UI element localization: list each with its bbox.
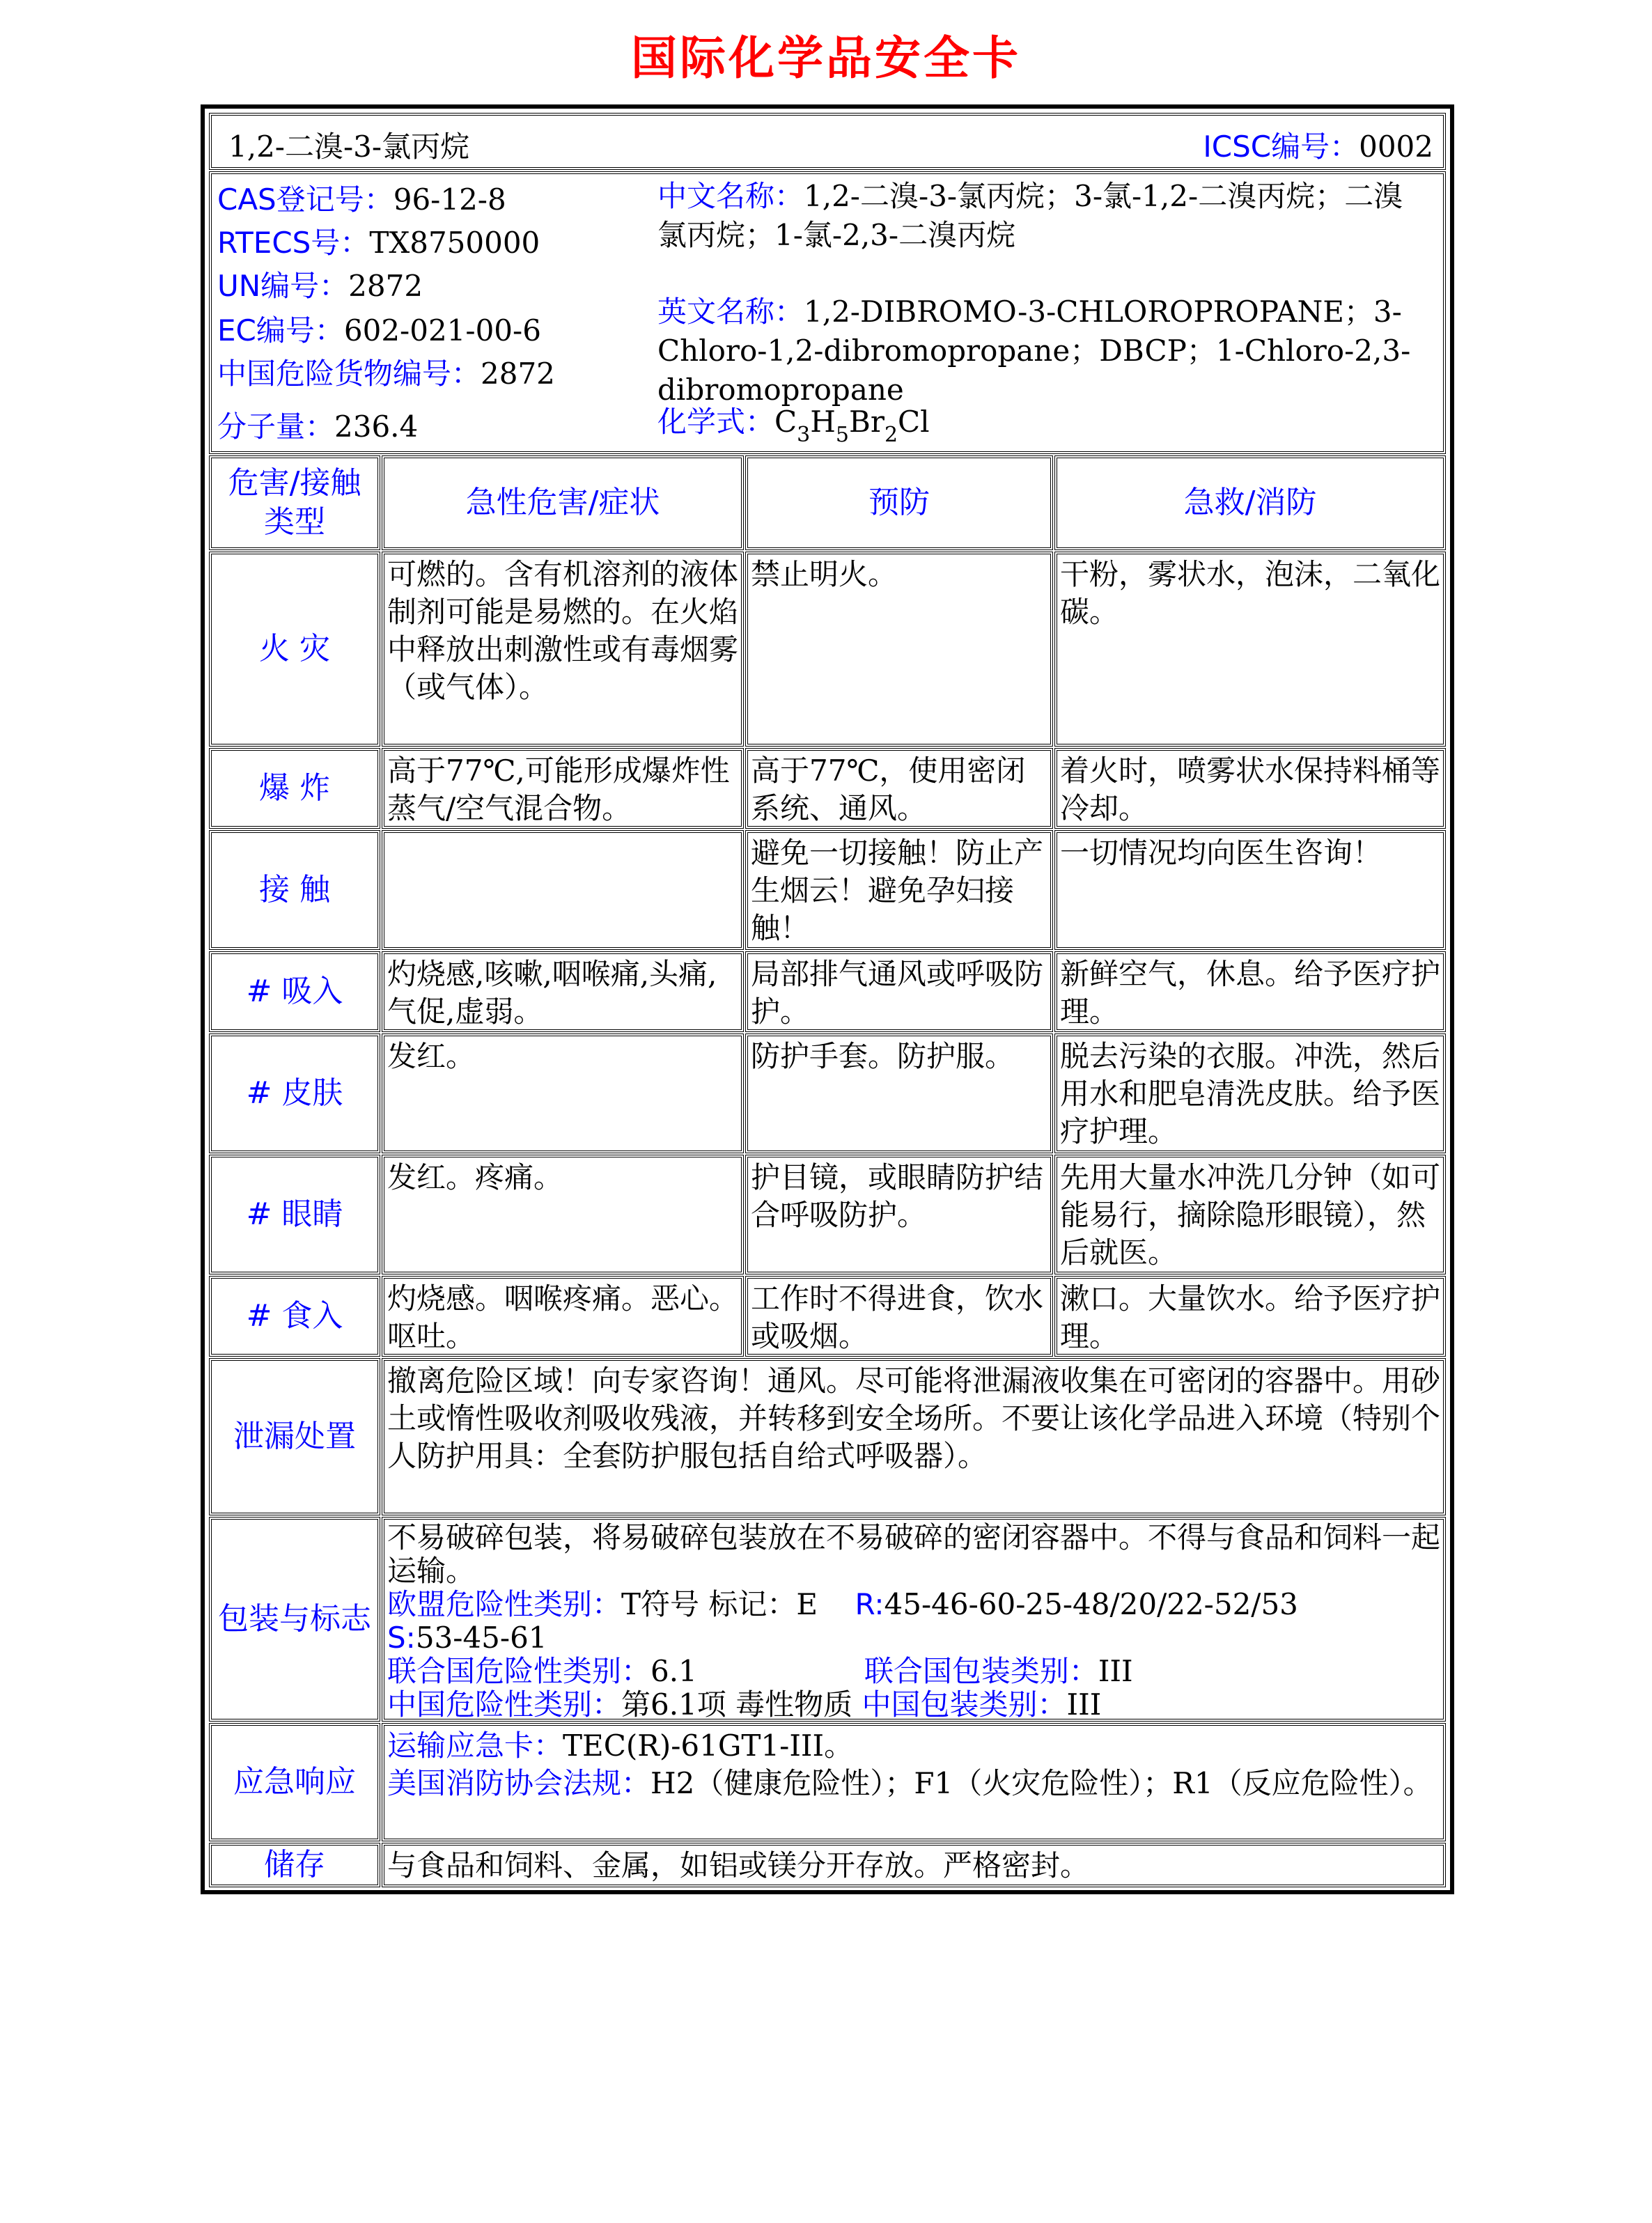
rtecs-label: RTECS号： [217, 226, 369, 260]
explosion-prevention: 高于77℃，使用密闭系统、通风。 [745, 748, 1053, 829]
formula-value: C3H5Br2Cl [774, 405, 930, 439]
mw-value: 236.4 [334, 409, 418, 444]
ingestion-hazard: 灼烧感。咽喉疼痛。恶心。呕吐。 [382, 1276, 744, 1357]
eyes-first-aid: 先用大量水冲洗几分钟（如可能易行，摘除隐形眼镜），然后就医。 [1054, 1155, 1446, 1274]
cas-value: 96-12-8 [393, 182, 506, 217]
cas-label: CAS登记号： [217, 182, 393, 217]
ec-value: 602-021-00-6 [344, 313, 541, 348]
spill-label: 泄漏处置 [209, 1358, 380, 1515]
formula-label: 化学式： [657, 405, 774, 439]
ec-number: EC编号：602-021-00-6 [217, 308, 541, 350]
transport-card: 运输应急卡：TEC(R)-61GT1-III。 [387, 1727, 1440, 1765]
packaging-content: 不易破碎包装，将易破碎包装放在不易破碎的密闭容器中。不得与食品和饲料一起运输。 … [382, 1517, 1446, 1722]
identifier-block: CAS登记号：96-12-8 RTECS号：TX8750000 UN编号：287… [209, 171, 1446, 454]
r-phrases: 45-46-60-25-48/20/22-52/53 [885, 1587, 1298, 1621]
inhalation-hazard: 灼烧感,咳嗽,咽喉痛,头痛,气促,虚弱。 [382, 951, 744, 1032]
en-name-label: 英文名称： [657, 295, 804, 329]
ingestion-first-aid: 漱口。大量饮水。给予医疗护理。 [1054, 1276, 1446, 1357]
packaging-label: 包装与标志 [209, 1517, 380, 1722]
china-dg-value: 2872 [481, 357, 555, 391]
row-fire-label: 火 灾 [209, 552, 380, 747]
eyes-hazard: 发红。疼痛。 [382, 1155, 744, 1274]
nfpa-code: 美国消防协会法规：H2（健康危险性）；F1（火灾危险性）；R1（反应危险性）。 [387, 1765, 1440, 1802]
chemical-formula: 化学式：C3H5Br2Cl [657, 403, 1424, 455]
inhalation-prevention: 局部排气通风或呼吸防护。 [745, 951, 1053, 1032]
row-skin-label: # 皮肤 [209, 1033, 380, 1153]
cn-name-label: 中文名称： [657, 179, 804, 213]
explosion-first-aid: 着火时，喷雾状水保持料桶等冷却。 [1054, 748, 1446, 829]
un-label: UN编号： [217, 269, 348, 303]
contact-first-aid: 一切情况均向医生咨询！ [1054, 830, 1446, 950]
row-eyes-label: # 眼睛 [209, 1155, 380, 1274]
china-dg-label: 中国危险货物编号： [217, 357, 481, 391]
molecular-weight: 分子量：236.4 [217, 404, 418, 446]
row-contact-label: 接 触 [209, 830, 380, 950]
emergency-label: 应急响应 [209, 1723, 380, 1841]
header-first-aid: 急救/消防 [1054, 455, 1446, 550]
eu-classification: 欧盟危险性类别：T符号 标记：E R:45-46-60-25-48/20/22-… [387, 1588, 1440, 1621]
page-title: 国际化学品安全卡 [0, 31, 1652, 86]
contact-prevention: 避免一切接触！防止产生烟云！避免孕妇接触！ [745, 830, 1053, 950]
icsc-value: 0002 [1359, 130, 1433, 164]
china-classification: 中国危险性类别：第6.1项 毒性物质 中国包装类别：III [387, 1688, 1440, 1722]
s-phrases: S:53-45-61 [387, 1621, 1440, 1655]
cas-number: CAS登记号：96-12-8 [217, 177, 506, 219]
chemical-name: 1,2-二溴-3-氯丙烷 [228, 124, 469, 166]
mw-label: 分子量： [217, 409, 334, 444]
fire-first-aid: 干粉，雾状水，泡沫，二氧化碳。 [1054, 552, 1446, 747]
icsc-label: ICSC编号： [1203, 130, 1359, 164]
packaging-text: 不易破碎包装，将易破碎包装放在不易破碎的密闭容器中。不得与食品和饲料一起运输。 [387, 1521, 1440, 1588]
card-header: 1,2-二溴-3-氯丙烷 ICSC编号：0002 [209, 113, 1446, 170]
icsc-number: ICSC编号：0002 [1203, 124, 1433, 166]
un-number: UN编号：2872 [217, 263, 423, 305]
inhalation-first-aid: 新鲜空气，休息。给予医疗护理。 [1054, 951, 1446, 1032]
fire-hazard: 可燃的。含有机溶剂的液体制剂可能是易燃的。在火焰中释放出刺激性或有毒烟雾（或气体… [382, 552, 744, 747]
skin-prevention: 防护手套。防护服。 [745, 1033, 1053, 1153]
spill-text: 撤离危险区域！向专家咨询！通风。尽可能将泄漏液收集在可密闭的容器中。用砂土或惰性… [382, 1358, 1446, 1515]
explosion-hazard: 高于77℃,可能形成爆炸性蒸气/空气混合物。 [382, 748, 744, 829]
ingestion-prevention: 工作时不得进食，饮水或吸烟。 [745, 1276, 1053, 1357]
chinese-names: 中文名称：1,2-二溴-3-氯丙烷；3-氯-1,2-二溴丙烷；二溴氯丙烷；1-氯… [657, 177, 1424, 255]
header-prevention: 预防 [745, 455, 1053, 550]
row-ingestion-label: # 食入 [209, 1276, 380, 1357]
storage-text: 与食品和饲料、金属，如铝或镁分开存放。严格密封。 [382, 1843, 1446, 1887]
skin-first-aid: 脱去污染的衣服。冲洗，然后用水和肥皂清洗皮肤。给予医疗护理。 [1054, 1033, 1446, 1153]
header-hazard-type: 危害/接触类型 [209, 455, 380, 550]
header-acute-hazard: 急性危害/症状 [382, 455, 744, 550]
fire-prevention: 禁止明火。 [745, 552, 1053, 747]
rtecs-value: TX8750000 [369, 226, 540, 260]
safety-card: 1,2-二溴-3-氯丙烷 ICSC编号：0002 CAS登记号：96-12-8 … [201, 104, 1454, 1894]
un-value: 2872 [348, 269, 423, 303]
row-inhalation-label: # 吸入 [209, 951, 380, 1032]
english-names: 英文名称：1,2-DIBROMO-3-CHLOROPROPANE；3-Chlor… [657, 292, 1424, 409]
eyes-prevention: 护目镜，或眼睛防护结合呼吸防护。 [745, 1155, 1053, 1274]
ec-label: EC编号： [217, 313, 344, 348]
emergency-content: 运输应急卡：TEC(R)-61GT1-III。 美国消防协会法规：H2（健康危险… [382, 1723, 1446, 1841]
china-dangerous-goods-number: 中国危险货物编号：2872 [217, 351, 555, 393]
un-classification: 联合国危险性类别：6.1联合国包装类别：III [387, 1655, 1440, 1688]
rtecs-number: RTECS号：TX8750000 [217, 220, 540, 262]
skin-hazard: 发红。 [382, 1033, 744, 1153]
contact-hazard [382, 830, 744, 950]
storage-label: 储存 [209, 1843, 380, 1887]
row-explosion-label: 爆 炸 [209, 748, 380, 829]
